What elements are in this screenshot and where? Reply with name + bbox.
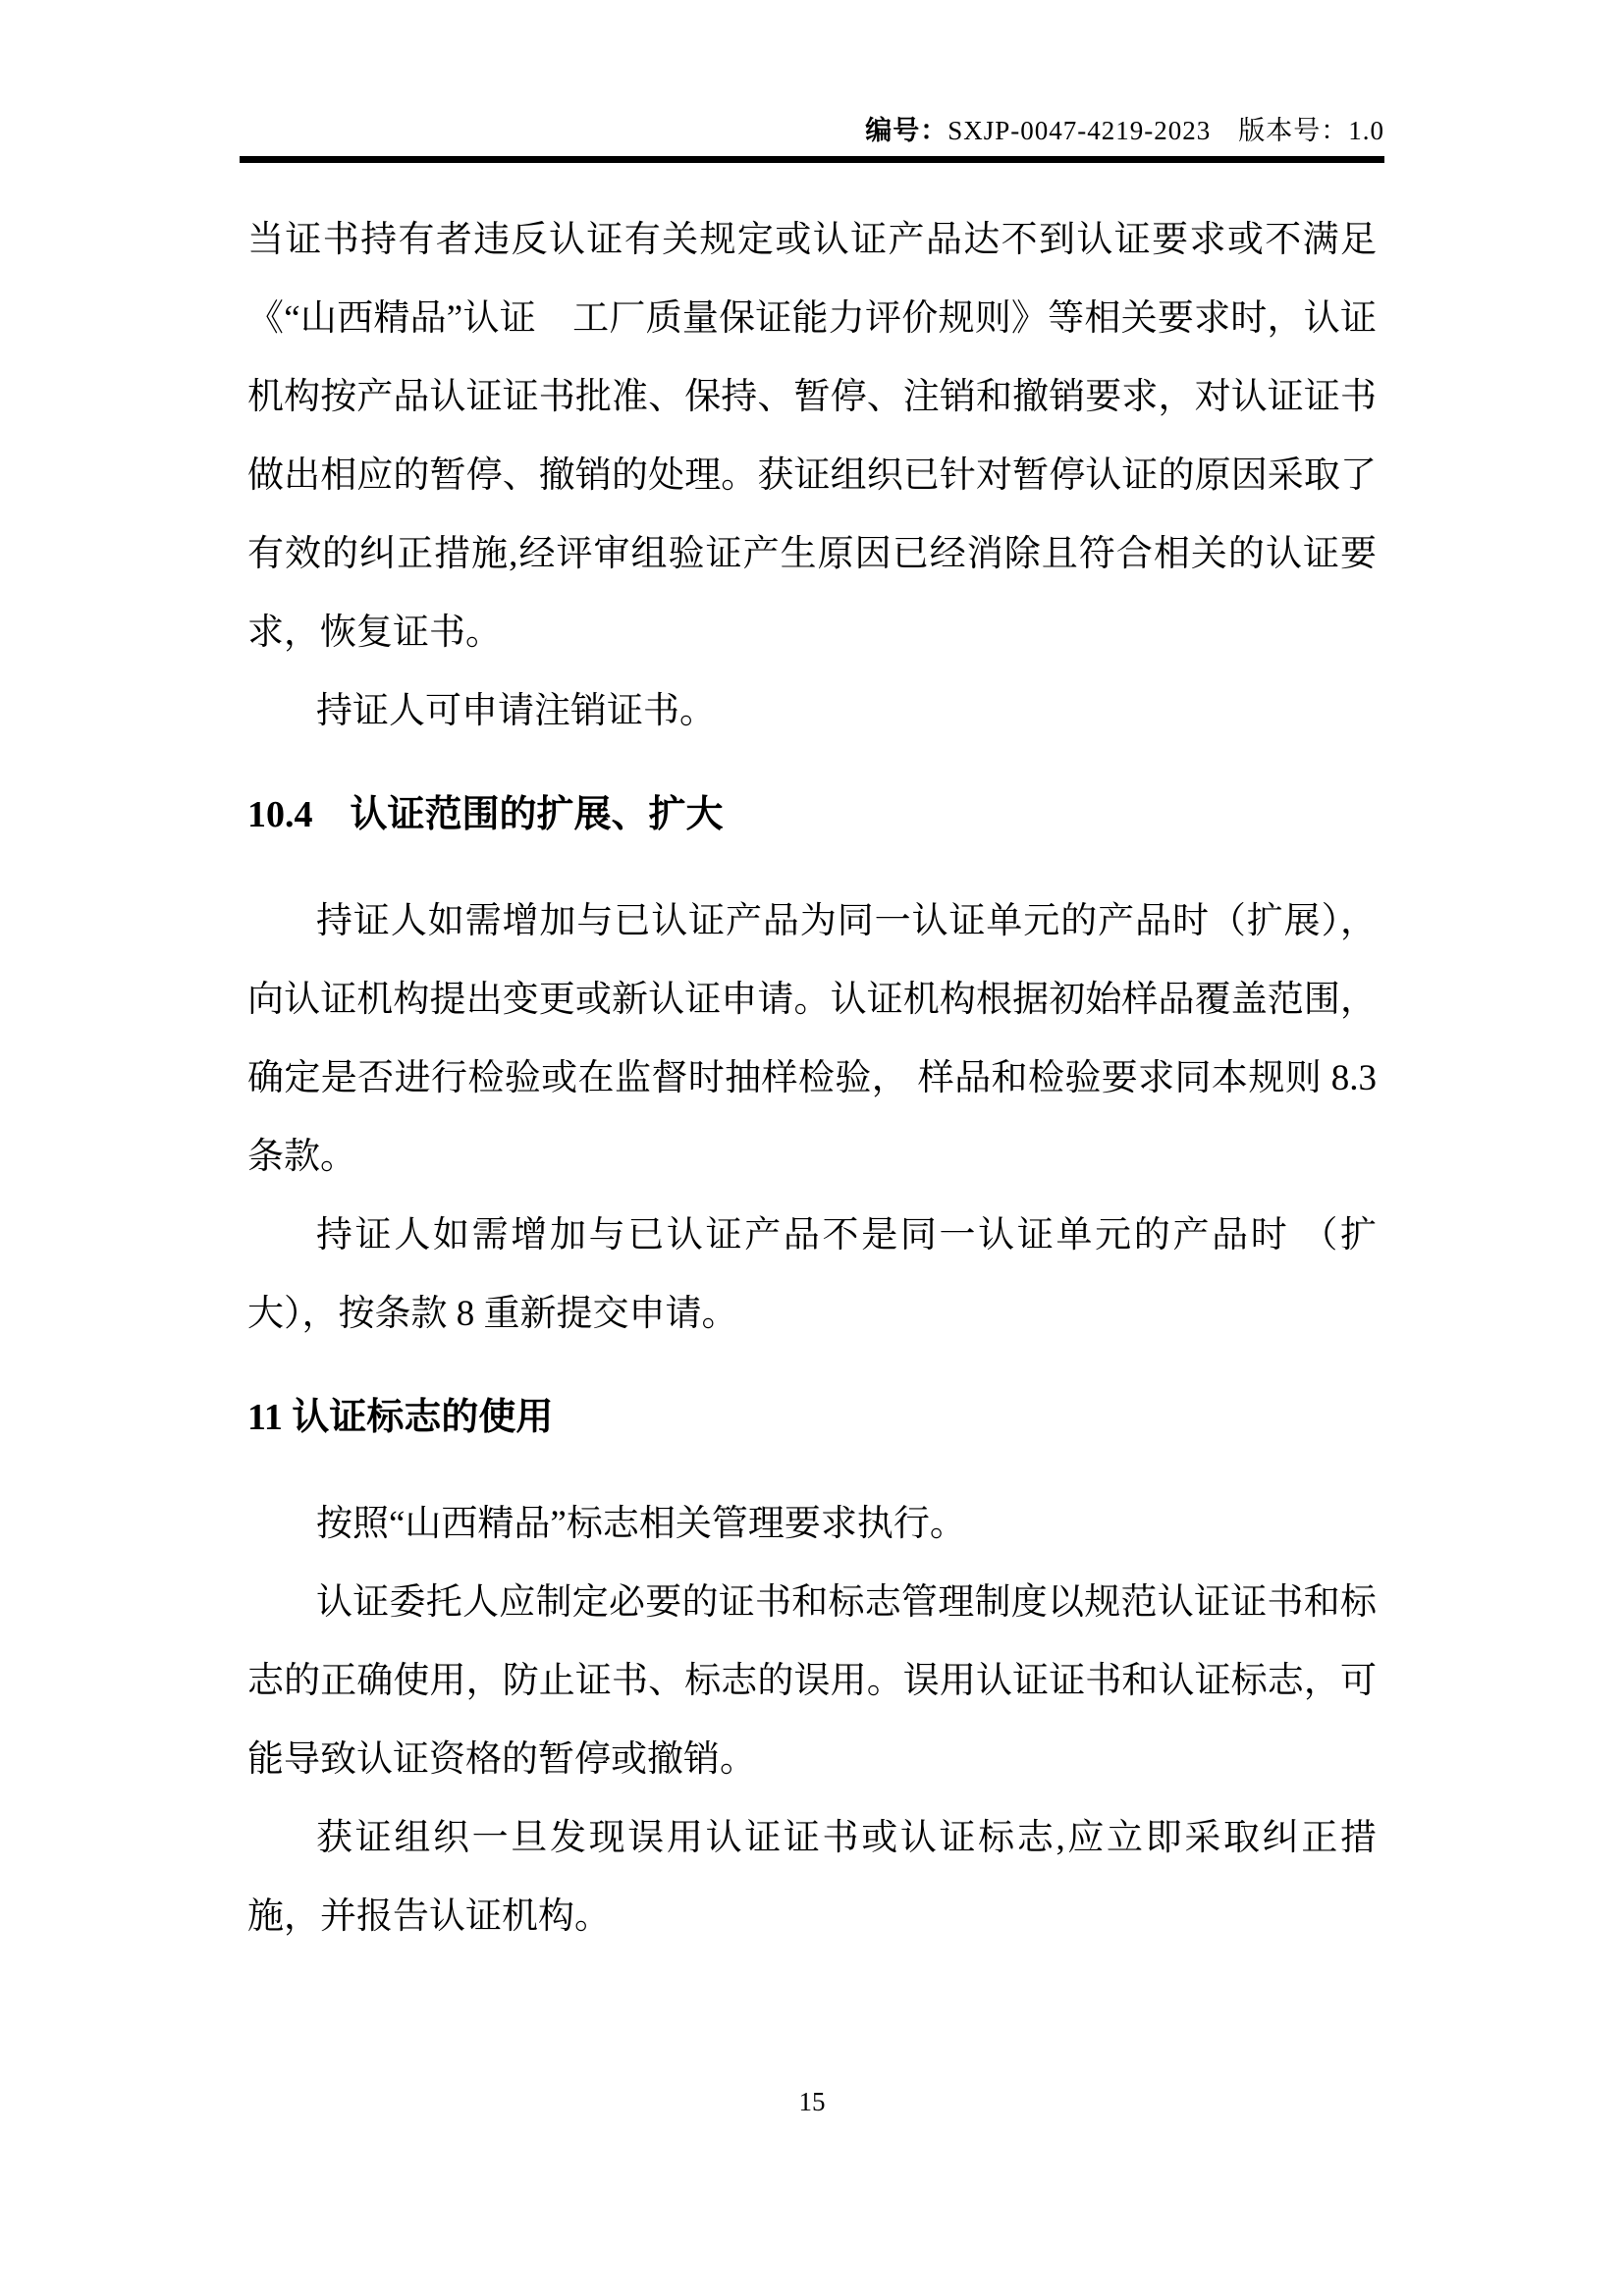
paragraph-misuse-corrective-action: 获证组织一旦发现误用认证证书或认证标志,应立即采取纠正措施，并报告认证机构。 [247,1799,1377,1956]
paragraph-cancel-certificate: 持证人可申请注销证书。 [247,672,1377,751]
version-label: 版本号： [1238,116,1348,145]
document-body: 当证书持有者违反认证有关规定或认证产品达不到认证要求或不满足《“山西精品”认证 … [247,201,1377,1956]
paragraph-certificate-violation: 当证书持有者违反认证有关规定或认证产品达不到认证要求或不满足《“山西精品”认证 … [247,201,1377,672]
paragraph-scope-expansion-different-unit: 持证人如需增加与已认证产品不是同一认证单元的产品时 （扩大），按条款 8 重新提… [247,1197,1377,1354]
section-heading-11: 11 认证标志的使用 [247,1378,1377,1457]
doc-number-value: SXJP-0047-4219-2023 [947,116,1211,145]
header-divider-rule [240,156,1384,163]
doc-number-label: 编号： [865,116,947,145]
paragraph-scope-expansion-same-unit: 持证人如需增加与已认证产品为同一认证单元的产品时（扩展），向认证机构提出变更或新… [247,882,1377,1197]
paragraph-certificate-mark-misuse: 认证委托人应制定必要的证书和标志管理制度以规范认证证书和标志的正确使用，防止证书… [247,1564,1377,1799]
section-heading-10-4: 10.4 认证范围的扩展、扩大 [247,775,1377,854]
page-number: 15 [799,2087,826,2116]
document-header: 编号：SXJP-0047-4219-2023版本号：1.0 [240,114,1384,147]
version-value: 1.0 [1348,116,1384,145]
page-footer: 15 [0,2085,1624,2118]
document-page: 编号：SXJP-0047-4219-2023版本号：1.0 当证书持有者违反认证… [0,0,1624,2296]
paragraph-mark-management-policy: 按照“山西精品”标志相关管理要求执行。 [247,1485,1377,1564]
